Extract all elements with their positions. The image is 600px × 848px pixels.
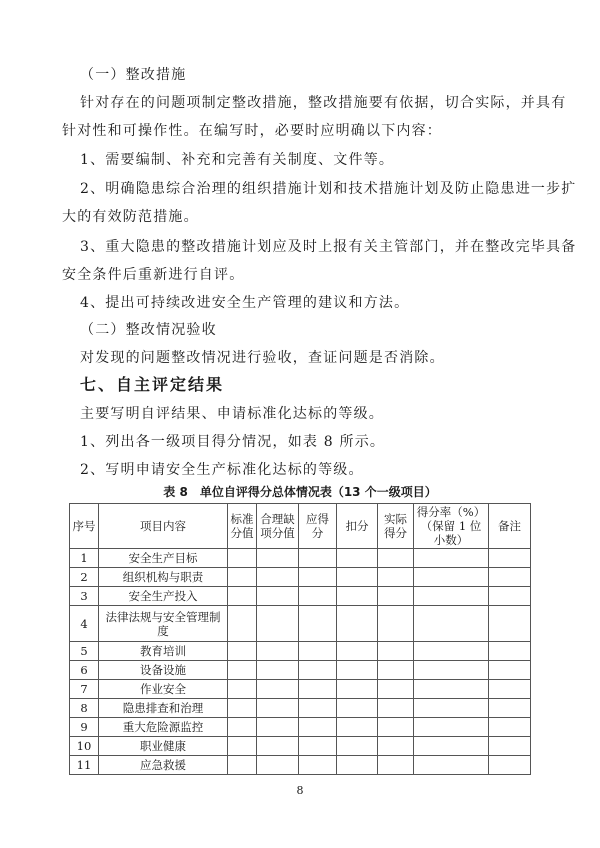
cell-empty (489, 606, 531, 642)
cell-empty (489, 587, 531, 606)
list-item: 2、写明申请安全生产标准化达标的等级。 (80, 461, 364, 479)
table-row: 8隐患排查和治理 (70, 699, 531, 718)
cell-empty (489, 718, 531, 737)
cell-empty (228, 680, 257, 699)
cell-empty (299, 661, 337, 680)
cell-empty (257, 568, 299, 587)
cell-empty (257, 587, 299, 606)
list-item: 2、明确隐患综合治理的组织措施计划和技术措施计划及防止隐患进一步扩 (80, 180, 577, 198)
cell-empty (489, 661, 531, 680)
page-number: 8 (0, 784, 600, 797)
cell-empty (378, 699, 414, 718)
cell-empty (228, 568, 257, 587)
header-deduction: 扣分 (337, 504, 378, 549)
cell-empty (299, 737, 337, 756)
table-row: 5教育培训 (70, 642, 531, 661)
table-row: 2组织机构与职责 (70, 568, 531, 587)
list-item: 4、提出可持续改进安全生产管理的建议和方法。 (80, 294, 409, 312)
cell-empty (489, 737, 531, 756)
cell-empty (414, 699, 489, 718)
cell-empty (337, 587, 378, 606)
cell-empty (378, 549, 414, 568)
cell-empty (414, 756, 489, 775)
table-row: 11应急救援 (70, 756, 531, 775)
cell-no: 1 (70, 549, 99, 568)
cell-empty (257, 661, 299, 680)
score-summary-table: 序号 项目内容 标准分值 合理缺项分值 应得分 扣分 实际得分 得分率（%）（保… (69, 503, 531, 775)
cell-empty (378, 661, 414, 680)
cell-no: 7 (70, 680, 99, 699)
cell-empty (378, 680, 414, 699)
cell-item: 职业健康 (99, 737, 228, 756)
table-row: 3安全生产投入 (70, 587, 531, 606)
chapter-heading: 七、自主评定结果 (80, 375, 224, 395)
cell-empty (257, 606, 299, 642)
header-due-score: 应得分 (299, 504, 337, 549)
cell-empty (489, 549, 531, 568)
cell-item: 安全生产投入 (99, 587, 228, 606)
cell-empty (337, 568, 378, 587)
cell-empty (489, 680, 531, 699)
cell-empty (489, 642, 531, 661)
cell-empty (337, 737, 378, 756)
cell-empty (337, 642, 378, 661)
table-caption: 表 8 单位自评得分总体情况表（13 个一级项目） (0, 484, 600, 500)
cell-empty (337, 680, 378, 699)
cell-empty (378, 568, 414, 587)
cell-item: 作业安全 (99, 680, 228, 699)
cell-empty (414, 737, 489, 756)
cell-empty (414, 568, 489, 587)
cell-empty (299, 642, 337, 661)
cell-item: 应急救援 (99, 756, 228, 775)
cell-empty (489, 699, 531, 718)
cell-no: 4 (70, 606, 99, 642)
paragraph-line: 对发现的问题整改情况进行验收，查证问题是否消除。 (80, 349, 445, 367)
list-item: 1、需要编制、补充和完善有关制度、文件等。 (80, 151, 394, 169)
cell-empty (299, 756, 337, 775)
paragraph-line: 主要写明自评结果、申请标准化达标的等级。 (80, 405, 384, 423)
cell-empty (228, 606, 257, 642)
cell-no: 6 (70, 661, 99, 680)
paragraph-line: 针对性和可操作性。在编写时，必要时应明确以下内容： (62, 122, 442, 140)
cell-empty (228, 587, 257, 606)
cell-item: 重大危险源监控 (99, 718, 228, 737)
cell-empty (228, 718, 257, 737)
cell-item: 教育培训 (99, 642, 228, 661)
cell-empty (489, 756, 531, 775)
cell-empty (414, 549, 489, 568)
table-row: 7作业安全 (70, 680, 531, 699)
cell-empty (414, 661, 489, 680)
cell-empty (337, 606, 378, 642)
cell-empty (257, 699, 299, 718)
cell-empty (337, 756, 378, 775)
header-reasonable-missing-score: 合理缺项分值 (257, 504, 299, 549)
cell-no: 10 (70, 737, 99, 756)
cell-empty (337, 661, 378, 680)
cell-empty (299, 587, 337, 606)
list-item-continuation: 大的有效防范措施。 (62, 208, 199, 226)
cell-empty (257, 549, 299, 568)
cell-item: 安全生产目标 (99, 549, 228, 568)
cell-empty (337, 699, 378, 718)
header-no: 序号 (70, 504, 99, 549)
cell-empty (337, 549, 378, 568)
cell-empty (414, 606, 489, 642)
cell-no: 2 (70, 568, 99, 587)
cell-empty (489, 568, 531, 587)
cell-empty (414, 642, 489, 661)
cell-empty (378, 756, 414, 775)
header-item: 项目内容 (99, 504, 228, 549)
header-remarks: 备注 (489, 504, 531, 549)
cell-empty (414, 587, 489, 606)
header-standard-score: 标准分值 (228, 504, 257, 549)
cell-empty (378, 642, 414, 661)
header-score-rate: 得分率（%）（保留 1 位小数） (414, 504, 489, 549)
table-row: 1安全生产目标 (70, 549, 531, 568)
cell-empty (257, 680, 299, 699)
cell-empty (299, 606, 337, 642)
cell-empty (414, 718, 489, 737)
cell-empty (228, 756, 257, 775)
cell-empty (228, 642, 257, 661)
table-header-row: 序号 项目内容 标准分值 合理缺项分值 应得分 扣分 实际得分 得分率（%）（保… (70, 504, 531, 549)
cell-item: 法律法规与安全管理制度 (99, 606, 228, 642)
list-item-continuation: 安全条件后重新进行自评。 (62, 266, 244, 284)
table-row: 10职业健康 (70, 737, 531, 756)
list-item: 3、重大隐患的整改措施计划应及时上报有关主管部门，并在整改完毕具备 (80, 238, 577, 256)
cell-empty (299, 568, 337, 587)
cell-empty (299, 680, 337, 699)
cell-empty (378, 606, 414, 642)
cell-empty (257, 756, 299, 775)
cell-empty (228, 661, 257, 680)
cell-no: 5 (70, 642, 99, 661)
header-actual-score: 实际得分 (378, 504, 414, 549)
cell-empty (299, 549, 337, 568)
cell-no: 3 (70, 587, 99, 606)
table-row: 9重大危险源监控 (70, 718, 531, 737)
cell-empty (299, 718, 337, 737)
cell-no: 8 (70, 699, 99, 718)
cell-empty (228, 549, 257, 568)
cell-empty (228, 699, 257, 718)
cell-empty (257, 737, 299, 756)
cell-empty (378, 737, 414, 756)
cell-empty (299, 699, 337, 718)
cell-empty (257, 718, 299, 737)
table-row: 4法律法规与安全管理制度 (70, 606, 531, 642)
cell-empty (378, 587, 414, 606)
cell-item: 设备设施 (99, 661, 228, 680)
cell-no: 11 (70, 756, 99, 775)
list-item: 1、列出各一级项目得分情况，如表 8 所示。 (80, 433, 385, 451)
cell-empty (337, 718, 378, 737)
cell-item: 组织机构与职责 (99, 568, 228, 587)
paragraph-line: 针对存在的问题项制定整改措施，整改措施要有依据，切合实际，并具有 (80, 94, 566, 112)
cell-empty (257, 642, 299, 661)
cell-no: 9 (70, 718, 99, 737)
cell-item: 隐患排查和治理 (99, 699, 228, 718)
cell-empty (414, 680, 489, 699)
cell-empty (378, 718, 414, 737)
section-heading-rectification-measures: （一）整改措施 (80, 66, 186, 84)
cell-empty (228, 737, 257, 756)
table-row: 6设备设施 (70, 661, 531, 680)
section-heading-acceptance: （二）整改情况验收 (80, 321, 217, 339)
